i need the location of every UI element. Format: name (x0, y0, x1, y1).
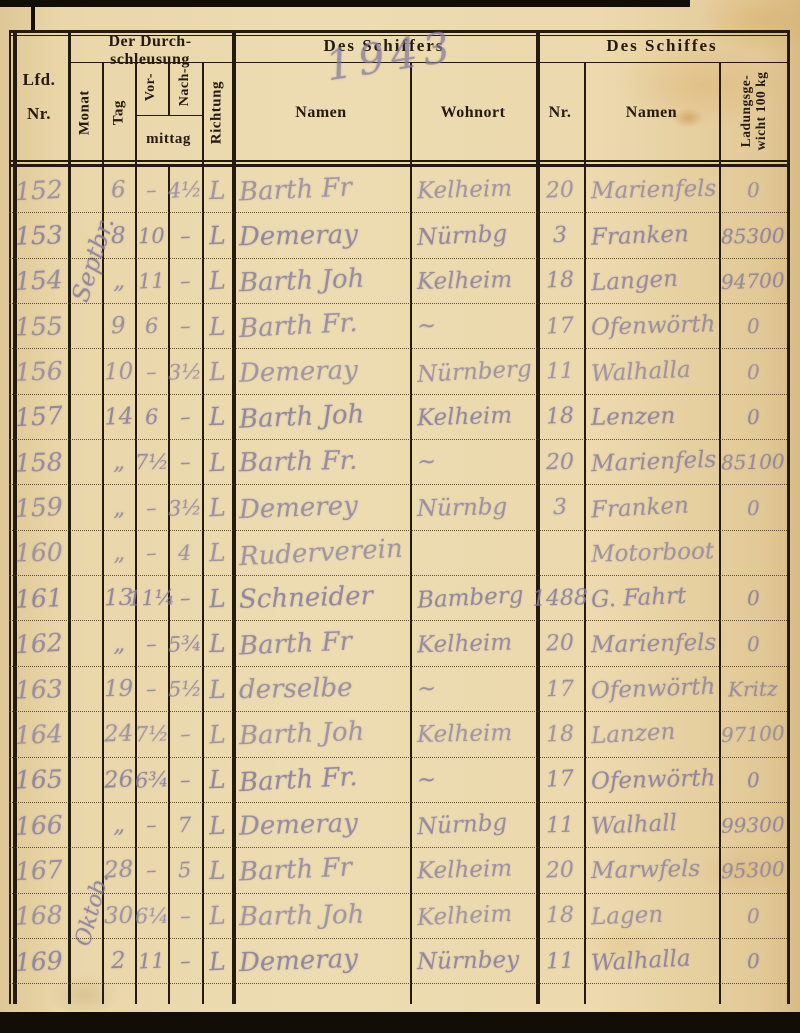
cell-schiff: Franken (584, 485, 719, 529)
handwriting-lfd: 165 (14, 765, 62, 795)
handwriting-nr: 18 (546, 268, 575, 294)
handwriting-vorm: – (146, 541, 158, 566)
cell-nr: 3 (536, 213, 584, 257)
handwriting-tag: 2 (111, 948, 127, 975)
cell-nr: 17 (536, 304, 584, 348)
handwriting-nachm: – (179, 768, 190, 792)
cell-lfd: 168 (9, 894, 68, 938)
cell-monat (68, 667, 102, 711)
cell-schiff: Marienfels (584, 622, 719, 666)
cell-wohnort: Kelheim (410, 712, 536, 756)
cell-schiff: Langen (584, 259, 719, 303)
cell-wohnort: ~ (410, 440, 536, 484)
handwriting-schiff: Lenzen (591, 403, 676, 431)
cell-gewicht (719, 531, 787, 575)
col-header-schiffer-namen: Namen (232, 104, 410, 122)
handwriting-vorm: – (146, 677, 157, 701)
handwriting-richtung: L (208, 901, 226, 931)
cell-tag: „ (102, 485, 135, 529)
handwriting-richtung: L (208, 946, 226, 976)
handwriting-richtung: L (208, 266, 226, 296)
handwriting-lfd: 160 (14, 538, 62, 568)
cell-wohnort: Nürnbg (410, 485, 536, 529)
handwriting-gewicht: 0 (746, 767, 760, 792)
col-header-nachmittag: Nach- (177, 52, 193, 122)
cell-schiffer: Demeray (232, 213, 410, 257)
cell-schiffer: Schneider (232, 576, 410, 620)
cell-nr: 18 (536, 395, 584, 439)
handwriting-lfd: 152 (14, 174, 63, 205)
cell-schiff: G. Fahrt (584, 576, 719, 620)
cell-vorm: – (135, 803, 168, 847)
cell-lfd: 161 (9, 576, 68, 620)
handwriting-nachm: 3½ (168, 359, 203, 384)
grid-vline (787, 30, 790, 1004)
cell-tag: 10 (102, 349, 135, 393)
handwriting-nr: 1488 (532, 585, 589, 612)
cell-wohnort: ~ (410, 304, 536, 348)
handwriting-nr: 17 (545, 767, 574, 793)
handwriting-vorm: 6¼ (134, 903, 168, 928)
handwriting-tag: „ (112, 449, 124, 475)
cell-nachm: 5 (168, 848, 202, 892)
handwriting-gewicht: 0 (746, 586, 759, 610)
cell-schiffer: Barth Joh (232, 712, 410, 756)
handwriting-schiff: Motorboot (591, 538, 715, 568)
cell-vorm: – (135, 168, 168, 212)
cell-gewicht: 97100 (719, 712, 787, 756)
cell-lfd: 165 (9, 758, 68, 802)
register-row: 164247½–LBarth JohKelheim18Lanzen97100 (9, 712, 787, 757)
register-row: 166„–7LDemerayNürnbg11Walhall99300 (9, 803, 787, 848)
handwriting-gewicht: Kritz (728, 677, 778, 702)
cell-nachm: – (168, 758, 202, 802)
cell-nachm: 7 (168, 803, 202, 847)
cell-lfd: 154 (9, 259, 68, 303)
cell-nr (536, 531, 584, 575)
cell-gewicht: Kritz (719, 667, 787, 711)
handwriting-vorm: 11 (138, 268, 166, 293)
cell-nr: 3 (536, 485, 584, 529)
cell-gewicht: 0 (719, 349, 787, 393)
cell-gewicht: 0 (719, 485, 787, 529)
cell-nachm: 4½ (168, 168, 202, 212)
handwriting-schiff: Lanzen (590, 719, 676, 749)
cell-wohnort: Kelheim (410, 259, 536, 303)
handwriting-nachm: 5½ (168, 677, 202, 702)
handwriting-tag: 9 (111, 313, 127, 340)
handwriting-lfd: 168 (14, 901, 63, 931)
cell-monat (68, 894, 102, 938)
register-row: 15596–LBarth Fr.~17Ofenwörth0 (9, 304, 787, 349)
cell-richtung: L (202, 848, 232, 892)
cell-vorm: 6¾ (135, 758, 168, 802)
cell-monat (68, 213, 102, 257)
cell-monat (68, 349, 102, 393)
cell-vorm: 11 (135, 939, 168, 983)
cell-monat (68, 531, 102, 575)
handwriting-gewicht: 94700 (721, 268, 785, 294)
handwriting-nr: 17 (546, 676, 575, 702)
handwriting-lfd: 166 (14, 810, 63, 841)
cell-schiffer: Barth Fr. (232, 304, 410, 348)
handwriting-schiffer: derselbe (239, 673, 353, 705)
cell-monat (68, 168, 102, 212)
handwriting-nr: 18 (546, 903, 575, 929)
handwriting-schiffer: Barth Fr. (239, 446, 358, 478)
register-row: 168306¼–LBarth JohKelheim18Lagen0 (9, 894, 787, 939)
col-header-richtung: Richtung (208, 63, 225, 163)
cell-gewicht: 95300 (719, 848, 787, 892)
cell-vorm: – (135, 485, 168, 529)
handwriting-vorm: – (146, 495, 157, 519)
handwriting-gewicht: 0 (746, 631, 760, 656)
cell-monat (68, 440, 102, 484)
cell-lfd: 152 (9, 168, 68, 212)
cell-vorm: 6¼ (135, 894, 168, 938)
handwriting-tag: „ (112, 494, 125, 520)
cell-schiff: Motorboot (584, 531, 719, 575)
cell-nachm: – (168, 304, 202, 348)
handwriting-lfd: 162 (14, 628, 63, 659)
grid-vline (168, 62, 170, 115)
cell-schiffer: Demeray (232, 939, 410, 983)
cell-lfd: 164 (9, 712, 68, 756)
handwriting-wohnort: ~ (416, 449, 436, 476)
handwriting-tag: 28 (103, 857, 133, 884)
register-row: 16728–5LBarth FrKelheim20Marwfels95300 (9, 848, 787, 893)
cell-wohnort: Kelheim (410, 622, 536, 666)
cell-tag: 2 (102, 939, 135, 983)
handwriting-schiffer: Barth Joh (238, 264, 364, 299)
cell-monat (68, 259, 102, 303)
cell-schiff: Lenzen (584, 395, 719, 439)
handwriting-nr: 11 (546, 359, 575, 385)
handwriting-wohnort: Bamberg (416, 583, 524, 615)
handwriting-richtung: L (208, 493, 226, 523)
col-header-ladungsgewicht: Ladungsge- wicht 100 kg (738, 54, 768, 168)
handwriting-lfd: 158 (14, 447, 63, 477)
cell-schiff: Ofenwörth (584, 667, 719, 711)
cell-nachm: – (168, 440, 202, 484)
handwriting-gewicht: 85300 (721, 223, 785, 248)
cell-tag: „ (102, 622, 135, 666)
handwriting-richtung: L (208, 221, 226, 251)
cell-nr: 20 (536, 440, 584, 484)
handwriting-schiff: Ofenwörth (591, 311, 716, 341)
handwriting-schiffer: Barth Fr. (238, 762, 358, 798)
handwriting-vorm: 11 (138, 949, 166, 974)
handwriting-nr: 11 (546, 812, 575, 838)
handwriting-wohnort: ~ (417, 766, 437, 793)
cell-tag: „ (102, 531, 135, 575)
cell-wohnort: Nürnbg (410, 803, 536, 847)
cell-schiff: Walhall (584, 803, 719, 847)
handwriting-gewicht: 0 (746, 495, 760, 519)
handwriting-nachm: 3½ (168, 495, 203, 520)
handwriting-gewicht: 0 (746, 405, 760, 430)
cell-vorm: – (135, 622, 168, 666)
cell-vorm: 6 (135, 304, 168, 348)
cell-lfd: 155 (9, 304, 68, 348)
cell-monat (68, 939, 102, 983)
register-row: 153810–LDemerayNürnbg3Franken85300 (9, 213, 787, 258)
cell-vorm: 10 (135, 213, 168, 257)
handwriting-vorm: 6¾ (134, 767, 169, 793)
handwriting-lfd: 169 (14, 946, 63, 977)
cell-gewicht: 0 (719, 894, 787, 938)
cell-vorm: 7½ (135, 440, 168, 484)
register-row: 159„–3½LDemereyNürnbg3Franken0 (9, 485, 787, 530)
cell-gewicht: 0 (719, 168, 787, 212)
handwriting-tag: „ (112, 268, 125, 294)
handwriting-lfd: 164 (14, 719, 63, 750)
handwriting-nr: 20 (545, 631, 574, 657)
col-header-tag: Tag (110, 63, 127, 163)
cell-nachm: – (168, 712, 202, 756)
cell-wohnort: Kelheim (410, 168, 536, 212)
handwriting-schiff: Ofenwörth (591, 765, 716, 795)
handwriting-schiffer: Schneider (239, 581, 374, 615)
cell-wohnort: ~ (410, 758, 536, 802)
handwriting-nachm: – (179, 450, 190, 474)
cell-lfd: 162 (9, 622, 68, 666)
cell-schiff: Walhalla (584, 939, 719, 983)
cell-gewicht: 0 (719, 939, 787, 983)
cell-vorm: 6 (135, 395, 168, 439)
col-header-lfd-nr: Lfd. Nr. (10, 70, 68, 123)
cell-monat (68, 622, 102, 666)
cell-gewicht: 94700 (719, 259, 787, 303)
cell-nachm: – (168, 939, 202, 983)
cell-gewicht: 0 (719, 395, 787, 439)
handwriting-wohnort: Nürnbg (416, 810, 507, 841)
handwriting-tag: 24 (103, 721, 133, 748)
handwriting-lfd: 159 (14, 492, 63, 523)
handwriting-gewicht: 95300 (721, 857, 786, 884)
cell-tag: „ (102, 440, 135, 484)
handwriting-richtung: L (208, 856, 225, 885)
handwriting-tag: 26 (103, 766, 134, 793)
cell-nachm: 4 (168, 531, 202, 575)
cell-nr: 20 (536, 848, 584, 892)
cell-richtung: L (202, 349, 232, 393)
cell-monat (68, 758, 102, 802)
col-header-mittag: mittag (135, 131, 202, 148)
cell-nr: 18 (536, 894, 584, 938)
handwriting-tag: „ (112, 630, 125, 657)
cell-tag: 30 (102, 894, 135, 938)
handwriting-gewicht: 0 (746, 359, 759, 383)
cell-schiffer: Barth Joh (232, 395, 410, 439)
handwriting-nr: 17 (545, 313, 574, 339)
cell-schiffer: Barth Fr (232, 848, 410, 892)
handwriting-wohnort: Kelheim (417, 720, 513, 748)
cell-vorm: 7½ (135, 712, 168, 756)
handwriting-richtung: L (208, 176, 225, 205)
handwriting-schiffer: Demeray (239, 808, 359, 841)
cell-schiffer: Barth Fr (232, 168, 410, 212)
cell-vorm: – (135, 667, 168, 711)
handwriting-wohnort: ~ (416, 676, 436, 703)
handwriting-schiffer: Barth Fr (238, 173, 352, 208)
cell-nachm: 5½ (168, 667, 202, 711)
cell-wohnort: Bamberg (410, 576, 536, 620)
handwriting-tag: 19 (104, 676, 134, 703)
cell-richtung: L (202, 712, 232, 756)
page-bottom-edge (0, 1012, 800, 1033)
cell-gewicht: 0 (719, 304, 787, 348)
handwriting-wohnort: Kelheim (417, 856, 513, 885)
page-top-edge (0, 0, 690, 7)
handwriting-gewicht: 0 (746, 314, 760, 339)
cell-monat (68, 576, 102, 620)
handwriting-nachm: – (179, 904, 190, 928)
handwriting-schiff: Franken (590, 492, 689, 523)
col-header-vormittag: Vor- (143, 52, 159, 122)
cell-nr: 11 (536, 939, 584, 983)
cell-richtung: L (202, 939, 232, 983)
register-row: 160„–4LRudervereinMotorboot (9, 531, 787, 576)
cell-lfd: 163 (9, 667, 68, 711)
cell-richtung: L (202, 531, 232, 575)
handwriting-schiffer: Demeray (239, 219, 359, 251)
handwriting-tag: 6 (111, 177, 127, 204)
cell-tag: „ (102, 259, 135, 303)
handwriting-nr: 20 (545, 177, 574, 203)
cell-nachm: 3½ (168, 349, 202, 393)
handwriting-schiff: Marienfels (591, 629, 717, 658)
cell-schiffer: Barth Fr. (232, 758, 410, 802)
handwriting-richtung: L (208, 583, 226, 613)
cell-lfd: 153 (9, 213, 68, 257)
cell-schiff: Ofenwörth (584, 758, 719, 802)
register-row: 165266¾–LBarth Fr.~17Ofenwörth0 (9, 758, 787, 803)
register-row: 162„–5¾LBarth FrKelheim20Marienfels0 (9, 622, 787, 667)
cell-vorm: – (135, 848, 168, 892)
handwriting-gewicht: 0 (746, 949, 760, 973)
handwriting-gewicht: 0 (746, 904, 759, 928)
handwriting-vorm: – (146, 178, 158, 202)
handwriting-schiff: Ofenwörth (591, 674, 716, 705)
handwriting-wohnort: Kelheim (417, 403, 513, 432)
handwriting-wohnort: Kelheim (417, 267, 513, 295)
handwriting-richtung: L (208, 357, 226, 387)
handwriting-schiffer: Ruderverein (238, 534, 403, 573)
handwriting-vorm: 7½ (134, 450, 168, 475)
handwriting-tag: „ (112, 540, 125, 567)
cell-schiff: Marwfels (584, 848, 719, 892)
cell-schiffer: Barth Joh (232, 894, 410, 938)
cell-nachm: – (168, 259, 202, 303)
cell-lfd: 166 (9, 803, 68, 847)
cell-schiff: Marienfels (584, 168, 719, 212)
handwriting-schiffer: Barth Joh (238, 399, 365, 435)
handwriting-vorm: – (146, 813, 157, 837)
handwriting-vorm: – (146, 631, 158, 655)
handwriting-schiff: Marienfels (591, 176, 717, 205)
handwriting-nachm: – (179, 722, 191, 746)
handwriting-tag: 30 (104, 902, 134, 929)
cell-nr: 18 (536, 712, 584, 756)
cell-monat (68, 395, 102, 439)
cell-richtung: L (202, 622, 232, 666)
handwriting-richtung: L (208, 311, 225, 340)
register-row: 1526–4½LBarth FrKelheim20Marienfels0 (9, 168, 787, 213)
handwriting-schiffer: Demeray (238, 944, 358, 978)
cell-monat (68, 304, 102, 348)
handwriting-lfd: 156 (14, 356, 63, 387)
cell-gewicht: 0 (719, 576, 787, 620)
cell-richtung: L (202, 576, 232, 620)
cell-wohnort: Kelheim (410, 848, 536, 892)
handwriting-vorm: – (146, 359, 157, 383)
cell-nachm: 3½ (168, 485, 202, 529)
handwriting-tag: 8 (111, 222, 126, 248)
cell-nr: 11 (536, 349, 584, 393)
cell-schiffer: Barth Fr (232, 622, 410, 666)
handwriting-nachm: 7 (178, 813, 192, 837)
handwriting-nachm: 4½ (168, 177, 203, 203)
handwriting-vorm: 7½ (134, 722, 169, 747)
handwriting-wohnort: Nürnbg (417, 494, 508, 522)
cell-lfd: 156 (9, 349, 68, 393)
cell-nr: 17 (536, 667, 584, 711)
cell-gewicht: 99300 (719, 803, 787, 847)
cell-wohnort (410, 531, 536, 575)
handwriting-wohnort: ~ (417, 313, 437, 340)
handwriting-nachm: 4 (178, 541, 192, 565)
cell-gewicht: 85100 (719, 440, 787, 484)
handwriting-richtung: L (208, 538, 225, 567)
cell-wohnort: Nürnbg (410, 213, 536, 257)
cell-tag: 6 (102, 168, 135, 212)
page-binding-edge (31, 0, 35, 30)
cell-nr: 17 (536, 758, 584, 802)
cell-nachm: – (168, 894, 202, 938)
col-header-monat: Monat (76, 63, 93, 163)
handwriting-nr: 20 (545, 857, 574, 883)
handwriting-lfd: 167 (14, 855, 63, 886)
handwriting-lfd: 163 (14, 674, 63, 704)
cell-schiffer: Demeray (232, 349, 410, 393)
cell-nr: 1488 (536, 576, 584, 620)
cell-lfd: 159 (9, 485, 68, 529)
cell-nr: 20 (536, 622, 584, 666)
cell-richtung: L (202, 894, 232, 938)
cell-gewicht: 0 (719, 758, 787, 802)
handwriting-wohnort: Nürnbg (416, 221, 507, 251)
cell-nr: 11 (536, 803, 584, 847)
cell-lfd: 167 (9, 848, 68, 892)
handwriting-schiffer: Demeray (239, 355, 359, 388)
register-row: 15610–3½LDemerayNürnberg11Walhalla0 (9, 349, 787, 394)
handwriting-schiffer: Barth Fr (238, 853, 352, 888)
handwriting-gewicht: 0 (746, 178, 760, 203)
handwriting-vorm: 10 (138, 223, 165, 248)
col-header-schiff-namen: Namen (584, 104, 719, 122)
cell-richtung: L (202, 168, 232, 212)
handwriting-richtung: L (208, 402, 225, 431)
handwriting-schiff: Franken (591, 221, 690, 251)
handwriting-schiffer: Barth Fr (238, 626, 352, 661)
cell-richtung: L (202, 259, 232, 303)
section-header-des-schiffes: Des Schiffes (536, 36, 788, 56)
cell-richtung: L (202, 395, 232, 439)
handwriting-schiffer: Demerey (238, 490, 358, 524)
cell-schiff: Walhalla (584, 349, 719, 393)
handwriting-schiff: Lagen (591, 901, 664, 930)
